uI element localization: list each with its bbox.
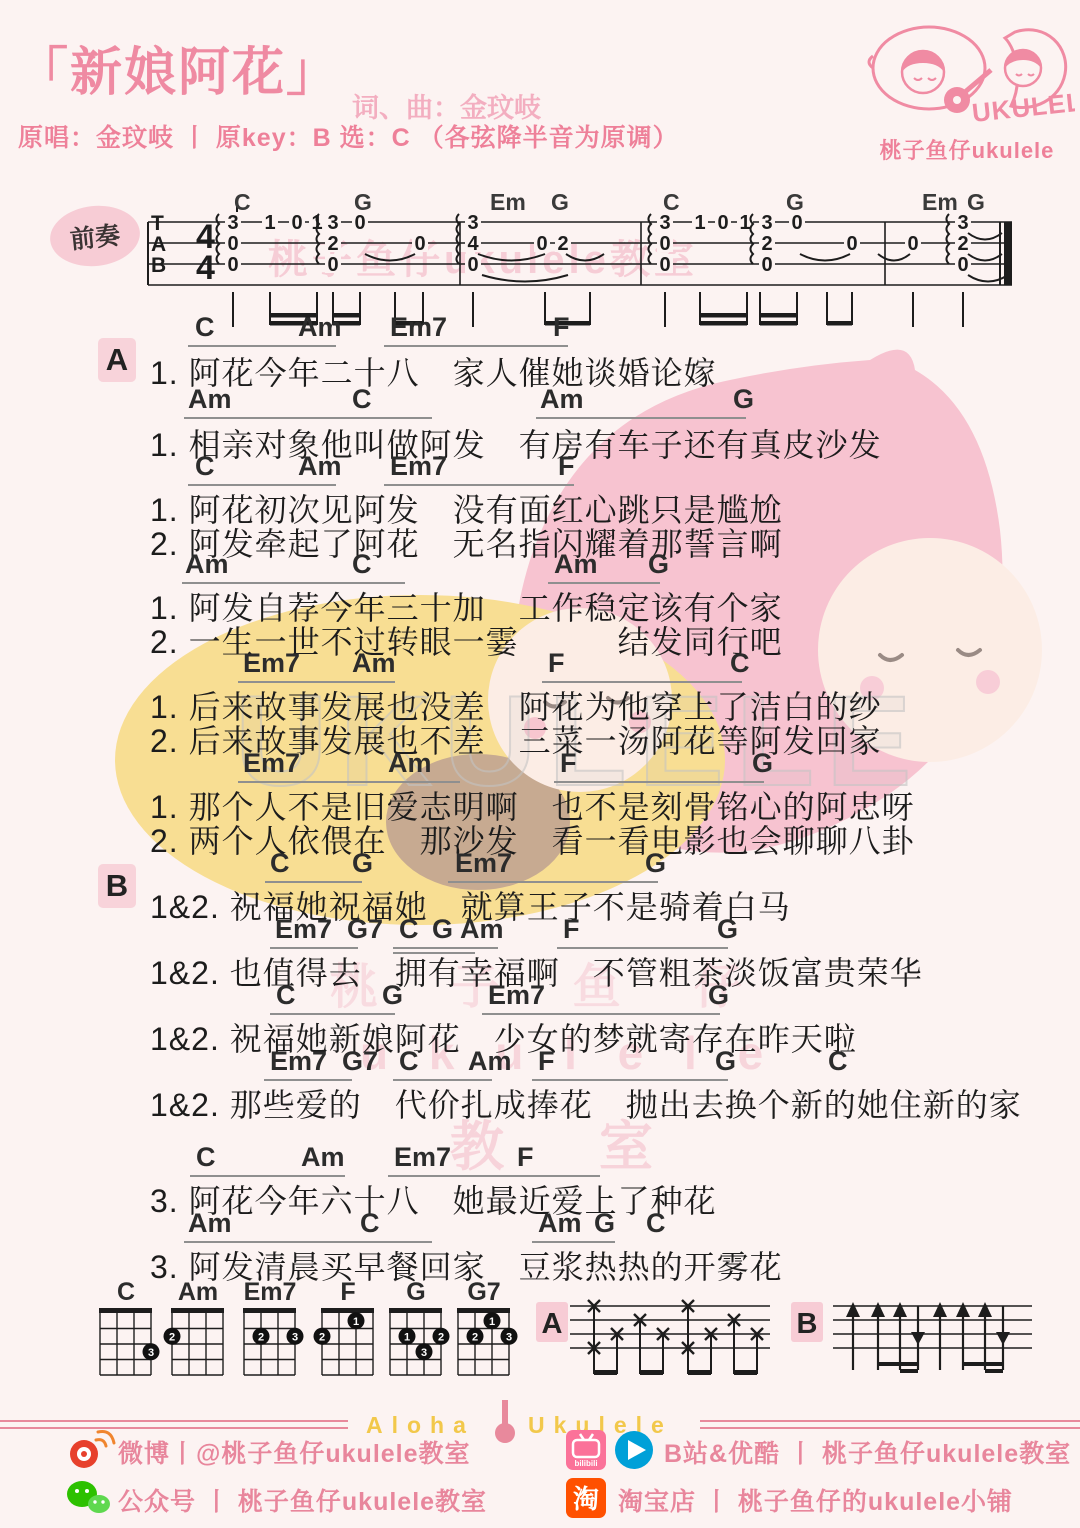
- tab-fret-number: 0: [659, 233, 670, 255]
- chord-label: C: [195, 312, 215, 343]
- tab-fret-number: 2: [327, 233, 338, 255]
- chord-label: C: [360, 1208, 380, 1239]
- chord-label: G: [752, 748, 773, 779]
- tab-fret-number: 4: [467, 233, 479, 255]
- tab-fret-number: 0: [414, 233, 425, 255]
- intro-chord-label: G: [967, 189, 985, 215]
- up-arrow-head: [893, 1302, 907, 1317]
- svg-text:bilibili: bilibili: [574, 1459, 597, 1468]
- chord-label: Am: [301, 1142, 345, 1173]
- tie-curve: [968, 275, 1008, 282]
- chord-label: Am: [388, 748, 432, 779]
- chord-label: F: [560, 748, 577, 779]
- divider-line: [0, 1420, 348, 1422]
- time-signature: 4: [196, 249, 215, 287]
- chord-label: Am: [188, 1208, 232, 1239]
- tie-curve: [878, 254, 910, 261]
- down-arrow-head: [911, 1332, 925, 1345]
- chord-label: Am: [468, 1046, 512, 1077]
- tab-fret-number: 0: [291, 212, 302, 234]
- chord-label: Am: [298, 451, 342, 482]
- chord-label: Em7: [390, 312, 447, 343]
- tab-fret-number: 2: [557, 233, 568, 255]
- tab-fret-number: 0: [354, 212, 365, 234]
- diagram-nut: [99, 1308, 152, 1313]
- chord-label: F: [558, 451, 575, 482]
- chord-label: F: [548, 648, 565, 679]
- strum-beam-double: [985, 1369, 1003, 1373]
- tab-fret-number: 0: [957, 254, 968, 276]
- chord-label: Em7: [275, 914, 332, 945]
- chord-label: Em7: [390, 451, 447, 482]
- tie-curve: [566, 254, 604, 261]
- svg-text:淘: 淘: [573, 1484, 599, 1514]
- tab-fret-number: 3: [227, 212, 238, 234]
- chord-underline: [384, 345, 568, 347]
- strum-label-B: B: [797, 1308, 818, 1340]
- finger-number: 2: [169, 1331, 175, 1343]
- tab-fret-number: 0: [717, 212, 728, 234]
- lyric-line: 1&2. 那些爱的 代价扎成捧花 抛出去换个新的她住新的家: [150, 1080, 1022, 1126]
- tab-fret-number: 3: [761, 212, 772, 234]
- chord-label: G: [432, 914, 453, 945]
- chord-label: Em7: [243, 748, 300, 779]
- finger-number: 1: [404, 1331, 410, 1343]
- chord-sheet-page: 桃子鱼仔ukulele教室桃 子 鱼 仔u k u l e l e教 室UKUL…: [0, 0, 1080, 1528]
- diagram-nut: [171, 1308, 224, 1313]
- chord-label: C: [399, 1046, 419, 1077]
- chord-label: Em7: [270, 1046, 327, 1077]
- intro-chord-label: Em: [922, 189, 958, 215]
- tie-curve: [482, 275, 568, 282]
- diagram-nut: [457, 1308, 510, 1313]
- divider-line: [0, 1427, 348, 1429]
- tab-fret-number: 0: [536, 233, 547, 255]
- chord-label: C: [270, 848, 290, 879]
- finger-number: 2: [319, 1331, 325, 1343]
- section-label-B: B: [98, 864, 136, 908]
- tab-fret-number: 0: [791, 212, 802, 234]
- tab-fret-number: 1: [739, 212, 750, 234]
- chord-label: G: [382, 980, 403, 1011]
- tie-curve: [968, 233, 1002, 240]
- footer-link-taobao: 淘宝店 丨 桃子鱼仔的ukulele小铺: [618, 1482, 1013, 1518]
- divider-line: [700, 1420, 1080, 1422]
- chord-label: G: [594, 1208, 615, 1239]
- tab-fret-number: 0: [227, 233, 238, 255]
- diagram-nut: [321, 1308, 374, 1313]
- up-arrow-head: [956, 1302, 970, 1317]
- intro-chord-label: Em: [490, 189, 526, 215]
- chord-label: Am: [185, 549, 229, 580]
- strum-beam: [963, 1362, 1003, 1366]
- chord-label: G: [733, 384, 754, 415]
- chord-label: Am: [540, 384, 584, 415]
- chord-label: Am: [460, 914, 504, 945]
- chord-label: G: [715, 1046, 736, 1077]
- tab-fret-number: 0: [659, 254, 670, 276]
- tab-fret-number: 3: [467, 212, 478, 234]
- strum-beam: [878, 1362, 918, 1366]
- chord-row: AmCAmG: [0, 384, 1080, 424]
- tab-fret-number: 1: [694, 212, 705, 234]
- chord-label: Am: [554, 549, 598, 580]
- tab-letter: B: [151, 254, 166, 277]
- strum-beam: [640, 1370, 663, 1375]
- footer-link-bilibili: B站&优酷 丨 桃子鱼仔ukulele教室: [664, 1434, 1071, 1470]
- chord-label: C: [399, 914, 419, 945]
- finger-number: 3: [506, 1331, 512, 1343]
- strum-label-A: A: [542, 1308, 563, 1340]
- finger-number: 2: [438, 1331, 444, 1343]
- divider-line: [700, 1427, 1080, 1429]
- tab-fret-number: 0: [467, 254, 478, 276]
- lyric-line: 3. 阿发清晨买早餐回家 豆浆热热的开雾花: [150, 1242, 783, 1288]
- chord-label: G7: [342, 1046, 378, 1077]
- chord-label: G: [708, 980, 729, 1011]
- ukulele-icon: [492, 1398, 518, 1444]
- section-label-A: A: [98, 338, 136, 382]
- tab-fret-number: 3: [957, 212, 968, 234]
- chord-label: F: [563, 914, 580, 945]
- chord-label: C: [352, 384, 372, 415]
- tab-fret-number: 2: [761, 233, 772, 255]
- tab-fret-number: 3: [659, 212, 670, 234]
- footer-link-wechat: 公众号 丨 桃子鱼仔ukulele教室: [118, 1482, 487, 1518]
- tab-fret-number: 0: [761, 254, 772, 276]
- finger-number: 1: [489, 1316, 495, 1328]
- strum-beam-double: [900, 1369, 918, 1373]
- chord-label: C: [196, 1142, 216, 1173]
- chord-underline: [188, 345, 336, 347]
- finger-number: 3: [292, 1331, 298, 1343]
- chord-label: G: [352, 848, 373, 879]
- up-arrow-head: [846, 1302, 860, 1317]
- diagram-chord-name: C: [117, 1278, 135, 1306]
- chord-label: F: [538, 1046, 555, 1077]
- chord-label: Am: [298, 312, 342, 343]
- strum-beam: [688, 1370, 711, 1375]
- strum-beam: [594, 1370, 617, 1375]
- chord-label: C: [828, 1046, 848, 1077]
- chord-label: Em7: [243, 648, 300, 679]
- footer-link-weibo: 微博丨@桃子鱼仔ukulele教室: [118, 1434, 471, 1470]
- chord-label: C: [276, 980, 296, 1011]
- tab-fret-number: 0: [846, 233, 857, 255]
- down-arrow-head: [996, 1332, 1010, 1345]
- chord-label: G7: [347, 914, 383, 945]
- finger-number: 2: [472, 1331, 478, 1343]
- chord-label: Em7: [455, 848, 512, 879]
- tab-letter: A: [151, 233, 166, 256]
- chord-label: Am: [188, 384, 232, 415]
- chord-label: F: [553, 312, 570, 343]
- finger-number: 2: [258, 1331, 264, 1343]
- tab-fret-number: 0: [327, 254, 338, 276]
- tie-curve: [800, 254, 850, 261]
- finger-number: 3: [421, 1347, 427, 1359]
- diagram-nut: [389, 1308, 442, 1313]
- chord-label: Am: [352, 648, 396, 679]
- intro-chord-label: G: [551, 189, 569, 215]
- tab-fret-number: 0: [227, 254, 238, 276]
- diagram-nut: [243, 1308, 296, 1313]
- strum-beam: [734, 1370, 757, 1375]
- up-arrow-head: [871, 1302, 885, 1317]
- chord-underline: [184, 417, 432, 419]
- tie-curve: [968, 254, 1002, 261]
- chord-row: CAmEm7F: [0, 312, 1080, 352]
- up-arrow-head: [933, 1302, 947, 1317]
- finger-number: 3: [148, 1347, 154, 1359]
- chord-label: F: [517, 1142, 534, 1173]
- finger-number: 1: [353, 1316, 359, 1328]
- chord-label: C: [646, 1208, 666, 1239]
- chord-underline: [536, 417, 746, 419]
- chord-label: C: [195, 451, 215, 482]
- bilibili-icon: bilibili: [566, 1428, 662, 1472]
- chord-label: C: [730, 648, 750, 679]
- chord-label: G: [645, 848, 666, 879]
- chord-label: G: [648, 549, 669, 580]
- chord-label: Em7: [488, 980, 545, 1011]
- up-arrow-head: [978, 1302, 992, 1317]
- chord-label: Am: [538, 1208, 582, 1239]
- tie-curve: [365, 254, 415, 261]
- tab-fret-number: 0: [907, 233, 918, 255]
- chord-label: C: [352, 549, 372, 580]
- tab-fret-number: 1: [264, 212, 275, 234]
- tab-letter: T: [151, 212, 164, 235]
- tab-fret-number: 3: [327, 212, 338, 234]
- chord-label: G: [717, 914, 738, 945]
- chord-label: Em7: [394, 1142, 451, 1173]
- tie-curve: [478, 254, 545, 261]
- tab-fret-number: 2: [957, 233, 968, 255]
